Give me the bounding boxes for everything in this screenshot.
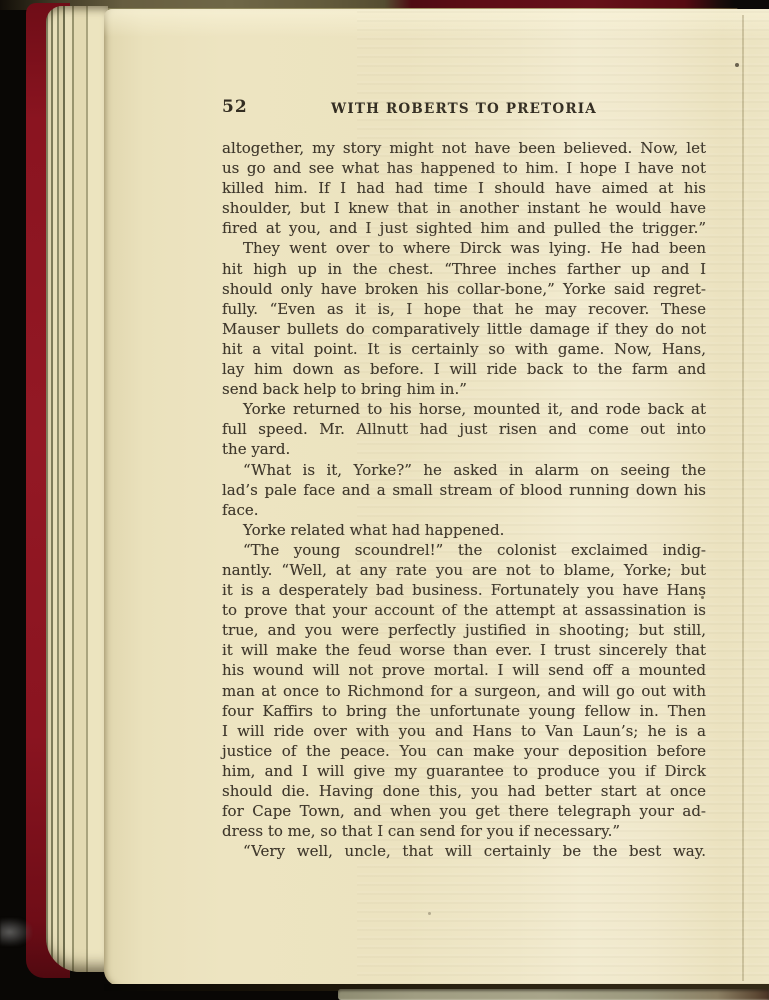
book-scan-photo: 52 WITH ROBERTS TO PRETORIA altogether, …	[0, 0, 769, 1000]
text-line: Yorke returned to his horse, mounted it,…	[222, 399, 706, 419]
text-line: face.	[222, 500, 706, 520]
text-line: Mauser bullets do comparatively little d…	[222, 319, 706, 339]
text-line: nantly. “Well, at any rate you are not t…	[222, 560, 706, 580]
background-smudge	[0, 918, 32, 946]
text-line: hit high up in the chest. “Three inches …	[222, 259, 706, 279]
text-line: four Kaffirs to bring the unfortunate yo…	[222, 701, 706, 721]
text-line: fully. “Even as it is, I hope that he ma…	[222, 299, 706, 319]
text-line: it will make the feud worse than ever. I…	[222, 640, 706, 660]
text-block: altogether, my story might not have been…	[222, 138, 706, 861]
text-line: us go and see what has happened to him. …	[222, 158, 706, 178]
text-line: send back help to bring him in.”	[222, 379, 706, 399]
text-line: true, and you were perfectly justified i…	[222, 620, 706, 640]
text-line: to prove that your account of the attemp…	[222, 600, 706, 620]
text-line: his wound will not prove mortal. I will …	[222, 660, 706, 680]
text-line: lad’s pale face and a small stream of bl…	[222, 480, 706, 500]
text-line: “Very well, uncle, that will certainly b…	[222, 841, 706, 861]
text-line: the yard.	[222, 439, 706, 459]
text-line: should die. Having done this, you had be…	[222, 781, 706, 801]
text-line: shoulder, but I knew that in another ins…	[222, 198, 706, 218]
text-line: They went over to where Dirck was lying.…	[222, 238, 706, 258]
text-line: “What is it, Yorke?” he asked in alarm o…	[222, 460, 706, 480]
book-bottom-edge	[338, 989, 769, 1000]
text-line: Yorke related what had happened.	[222, 520, 706, 540]
paper-speck	[701, 596, 704, 599]
paper-speck	[735, 63, 739, 67]
text-line: should only have broken his collar-bone,…	[222, 279, 706, 299]
text-line: man at once to Richmond for a surgeon, a…	[222, 681, 706, 701]
paper-speck	[428, 912, 431, 915]
text-line: it is a desperately bad business. Fortun…	[222, 580, 706, 600]
text-line: I will ride over with you and Hans to Va…	[222, 721, 706, 741]
running-title: WITH ROBERTS TO PRETORIA	[222, 101, 706, 117]
text-line: dress to me, so that I can send for you …	[222, 821, 706, 841]
text-line: for Cape Town, and when you get there te…	[222, 801, 706, 821]
text-line: lay him down as before. I will ride back…	[222, 359, 706, 379]
page-crease	[742, 15, 744, 981]
text-line: him, and I will give my guarantee to pro…	[222, 761, 706, 781]
text-line: altogether, my story might not have been…	[222, 138, 706, 158]
text-line: fired at you, and I just sighted him and…	[222, 218, 706, 238]
page-edge-stack	[46, 6, 108, 972]
text-line: justice of the peace. You can make your …	[222, 741, 706, 761]
book-page: 52 WITH ROBERTS TO PRETORIA altogether, …	[104, 9, 769, 986]
text-line: hit a vital point. It is certainly so wi…	[222, 339, 706, 359]
text-line: killed him. If I had had time I should h…	[222, 178, 706, 198]
text-line: “The young scoundrel!” the colonist excl…	[222, 540, 706, 560]
text-line: full speed. Mr. Allnutt had just risen a…	[222, 419, 706, 439]
